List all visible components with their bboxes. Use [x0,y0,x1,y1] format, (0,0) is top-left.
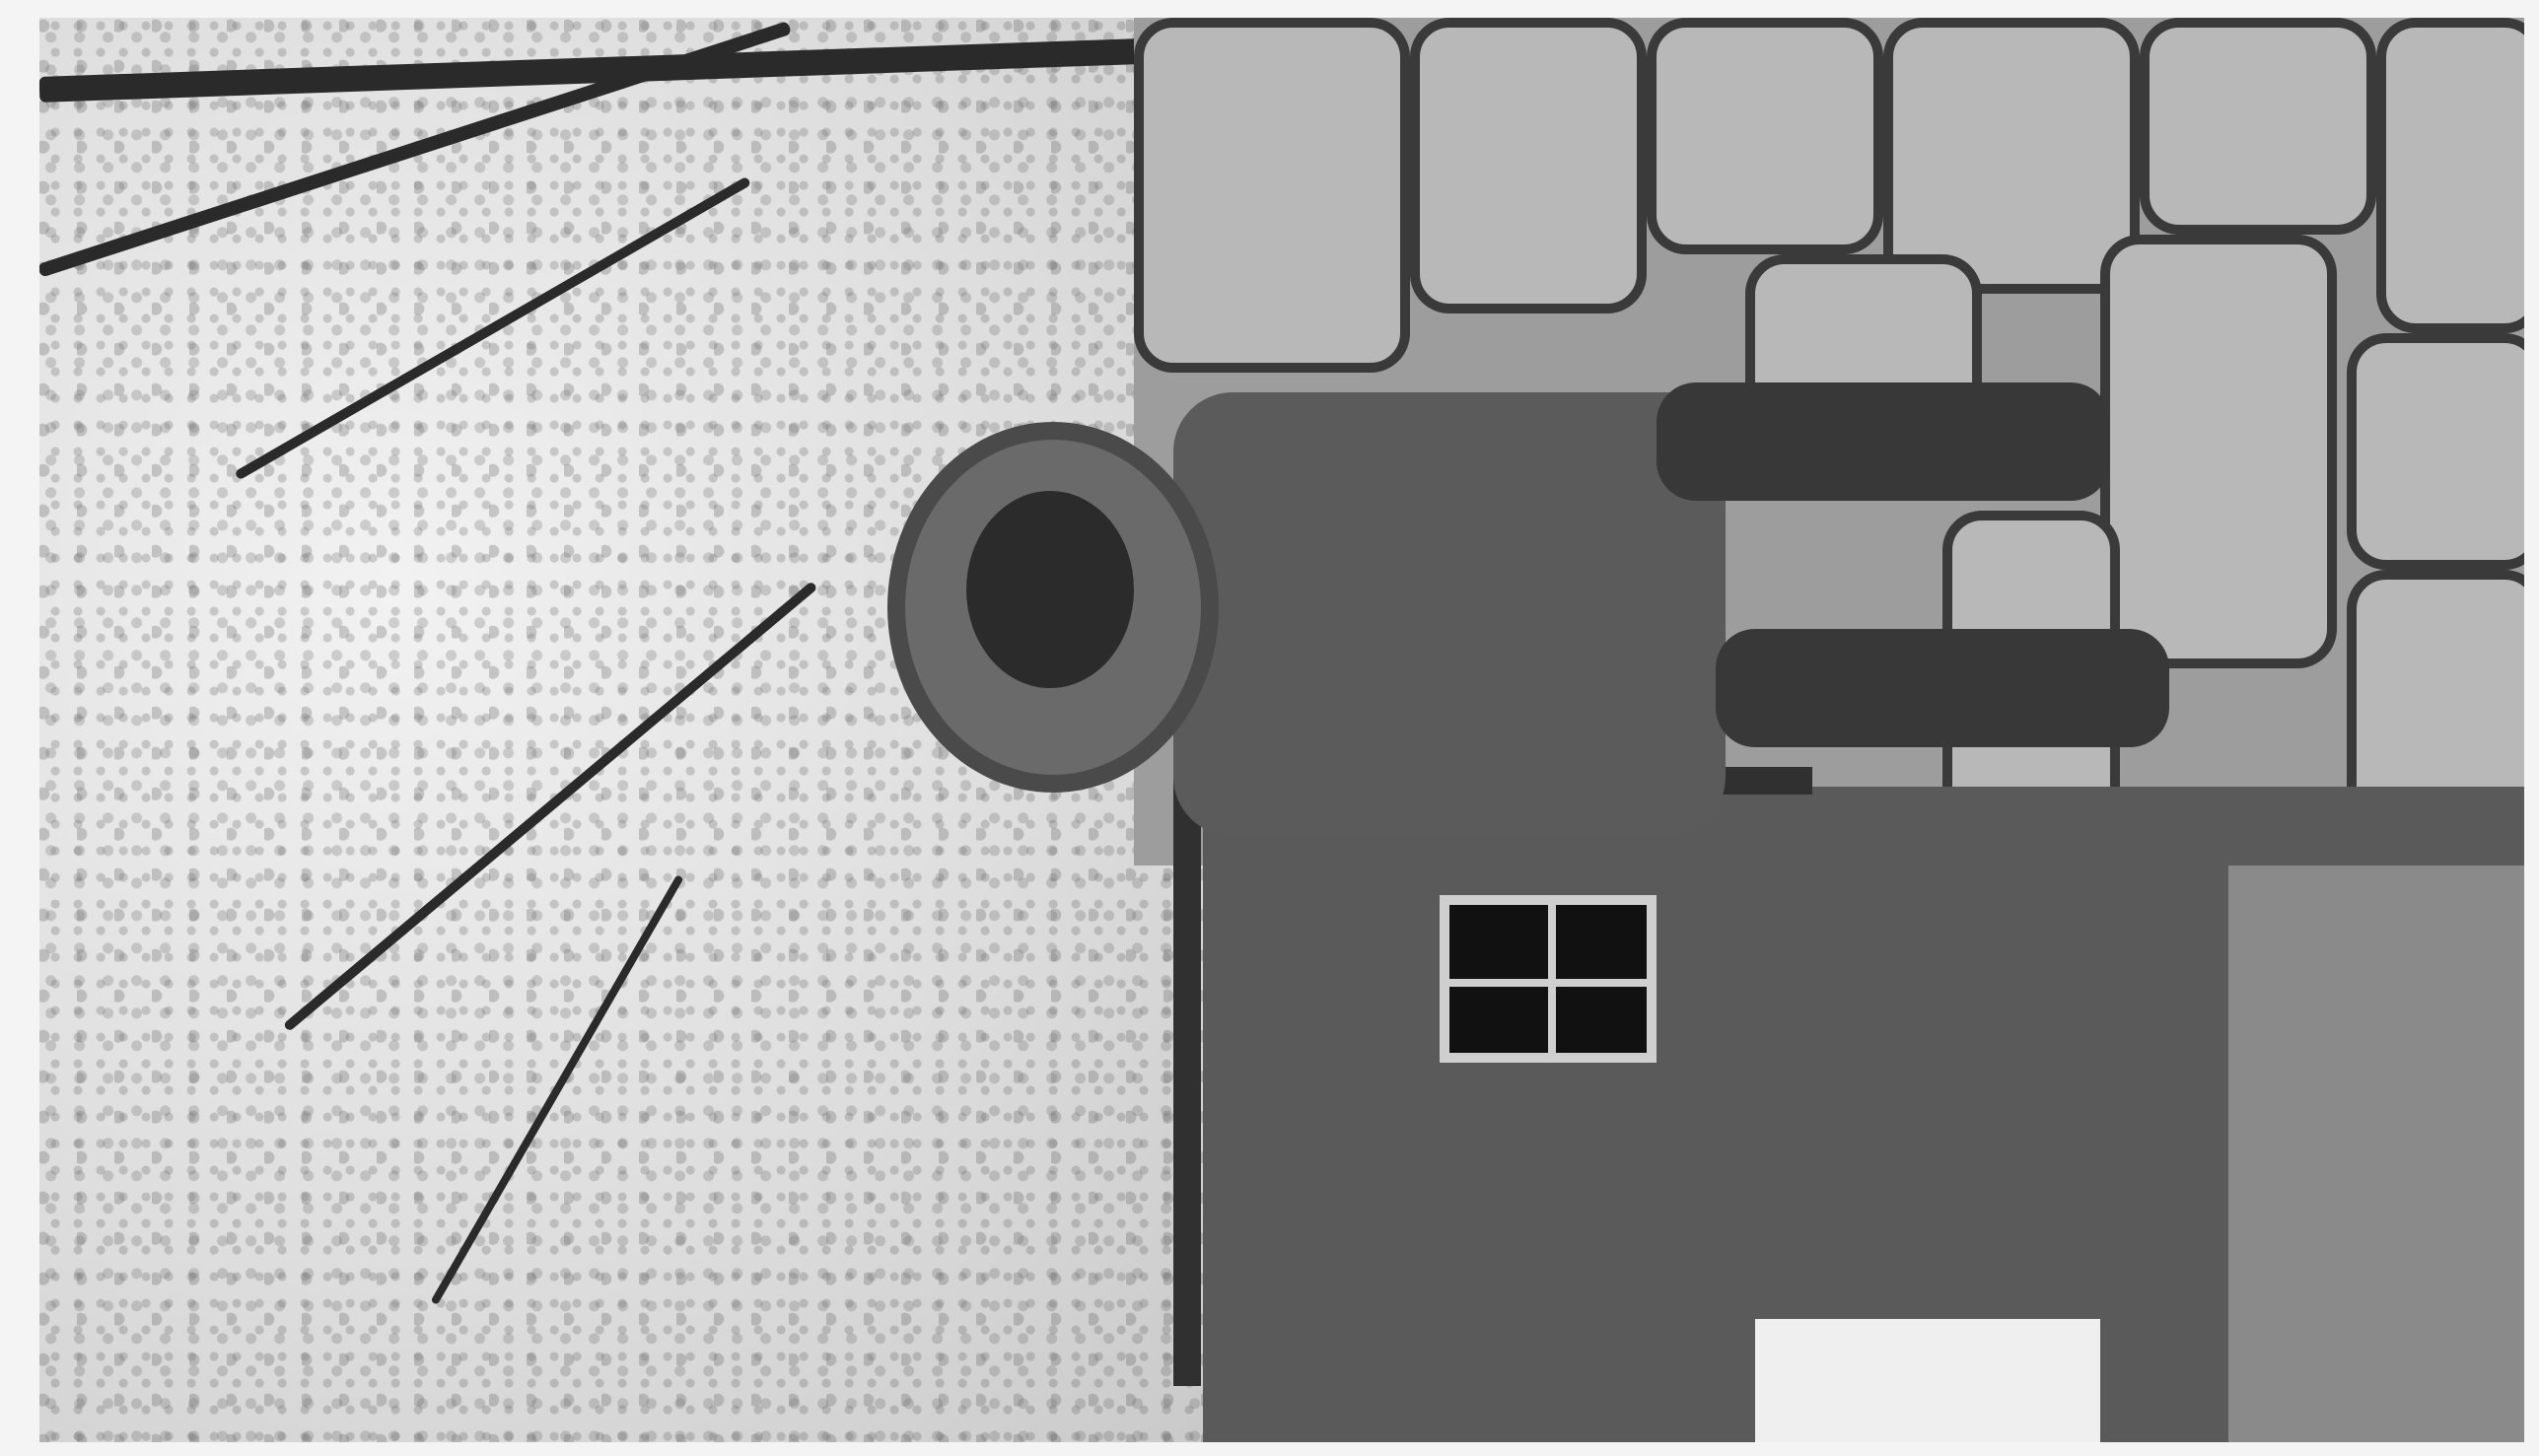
cabin-window [1440,895,1657,1063]
stone [2100,235,2337,668]
cabin-doorway [1755,1319,2100,1442]
stone [2376,18,2524,333]
child-face [966,491,1134,688]
stone [1647,18,1883,254]
stone [2347,333,2524,570]
stone [1410,18,1647,313]
child-leg [1716,629,2169,747]
stone [1134,18,1410,373]
cabin-roof [1173,767,1812,1386]
grass [2228,866,2524,1442]
stone [1883,18,2140,294]
stone [2140,18,2376,235]
child-leg [1657,382,2110,501]
child-body [1173,392,1726,836]
photograph [39,18,2524,1442]
